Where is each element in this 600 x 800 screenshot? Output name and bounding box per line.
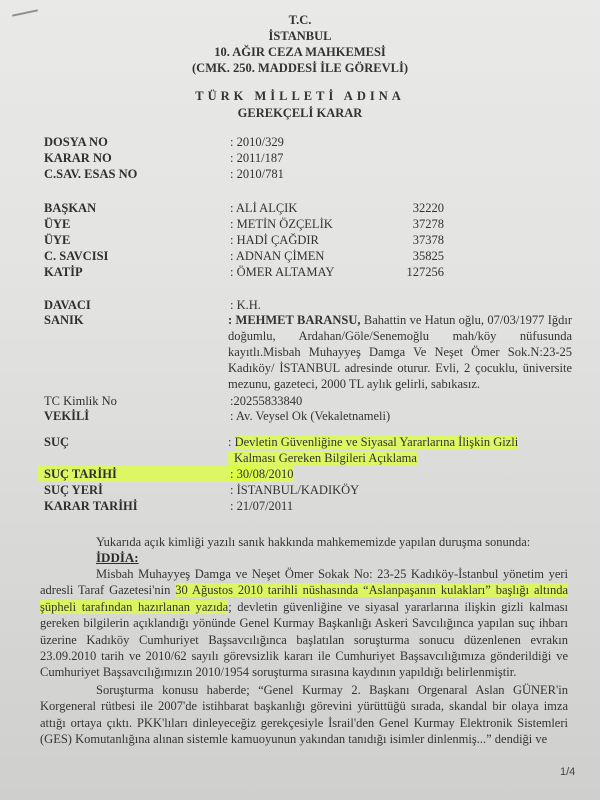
panel-number: 37378 [374,232,444,248]
field-value: : 2011/187 [230,150,283,166]
panel-number: 35825 [374,248,444,264]
tc-id-value: :20255833840 [230,393,302,409]
tc-id-label: TC Kimlik No [44,393,117,409]
court-duty: (CMK. 250. MADDESİ İLE GÖREVLİ) [0,60,600,76]
in-name-of-heading: TÜRK MİLLETİ ADINA [0,89,600,104]
panel-name: : ADNAN ÇİMEN [230,248,324,264]
indictment-heading: İDDİA: [96,550,139,566]
plaintiff-value: : K.H. [230,297,261,313]
panel-name: : ÖMER ALTAMAY [230,264,334,280]
field-value: : 2010/329 [230,134,284,150]
crime-highlight-line2: Kalması Gereken Bilgileri Açıklama [228,451,417,465]
document-page: T.C. İSTANBUL 10. AĞIR CEZA MAHKEMESİ (C… [0,0,600,800]
attorney-label: VEKİLİ [44,408,89,424]
court-header: T.C. İSTANBUL 10. AĞIR CEZA MAHKEMESİ (C… [0,12,600,76]
panel-number: 127256 [374,264,444,280]
decision-date-label: KARAR TARİHİ [44,498,138,514]
court-name: 10. AĞIR CEZA MAHKEMESİ [0,44,600,60]
attorney-value: : Av. Veysel Ok (Vekaletnameli) [230,408,390,424]
defendant-label: SANIK [44,312,84,328]
panel-number: 37278 [374,216,444,232]
crime-date-value: : 30/08/2010 [230,466,294,482]
crime-place-label: SUÇ YERİ [44,482,103,498]
crime-place-value: : İSTANBUL/KADIKÖY [230,482,359,498]
panel-name: : METİN ÖZÇELİK [230,216,333,232]
page-number: 1/4 [560,766,575,778]
document-type-title: GEREKÇELİ KARAR [0,106,600,121]
field-value: : 2010/781 [230,166,284,182]
city-line: İSTANBUL [0,28,600,44]
panel-number: 32220 [374,200,444,216]
defendant-name: : MEHMET BARANSU, [228,313,361,327]
investigation-paragraph: Soruşturma konusu haberde; “Genel Kurmay… [40,682,568,748]
panel-name: : HADİ ÇAĞDIR [230,232,319,248]
decision-date-value: : 21/07/2011 [230,498,293,514]
crime-prefix: : [228,435,235,449]
country-line: T.C. [0,12,600,28]
panel-name: : ALİ ALÇIK [230,200,297,216]
panel-role: BAŞKAN [44,200,96,216]
crime-highlight-line1: Devletin Güvenliğine ve Siyasal Yararlar… [235,435,519,449]
paragraph-text: Soruşturma konusu haberde; “Genel Kurmay… [40,683,568,746]
field-label: C.SAV. ESAS NO [44,166,137,182]
panel-role: KATİP [44,264,83,280]
plaintiff-label: DAVACI [44,297,91,313]
panel-role: C. SAVCISI [44,248,108,264]
field-label: KARAR NO [44,150,112,166]
field-label: DOSYA NO [44,134,108,150]
intro-sentence: Yukarıda açık kimliği yazılı sanık hakkı… [96,535,530,550]
crime-date-label: SUÇ TARİHİ [38,466,257,482]
indictment-paragraph: Misbah Muhayyeş Damga ve Neşet Ömer Soka… [40,566,568,681]
defendant-details: : MEHMET BARANSU, Bahattin ve Hatun oğlu… [228,312,572,392]
panel-role: ÜYE [44,232,70,248]
crime-label: SUÇ [44,434,69,450]
crime-description: : Devletin Güvenliğine ve Siyasal Yararl… [228,434,588,466]
panel-role: ÜYE [44,216,70,232]
